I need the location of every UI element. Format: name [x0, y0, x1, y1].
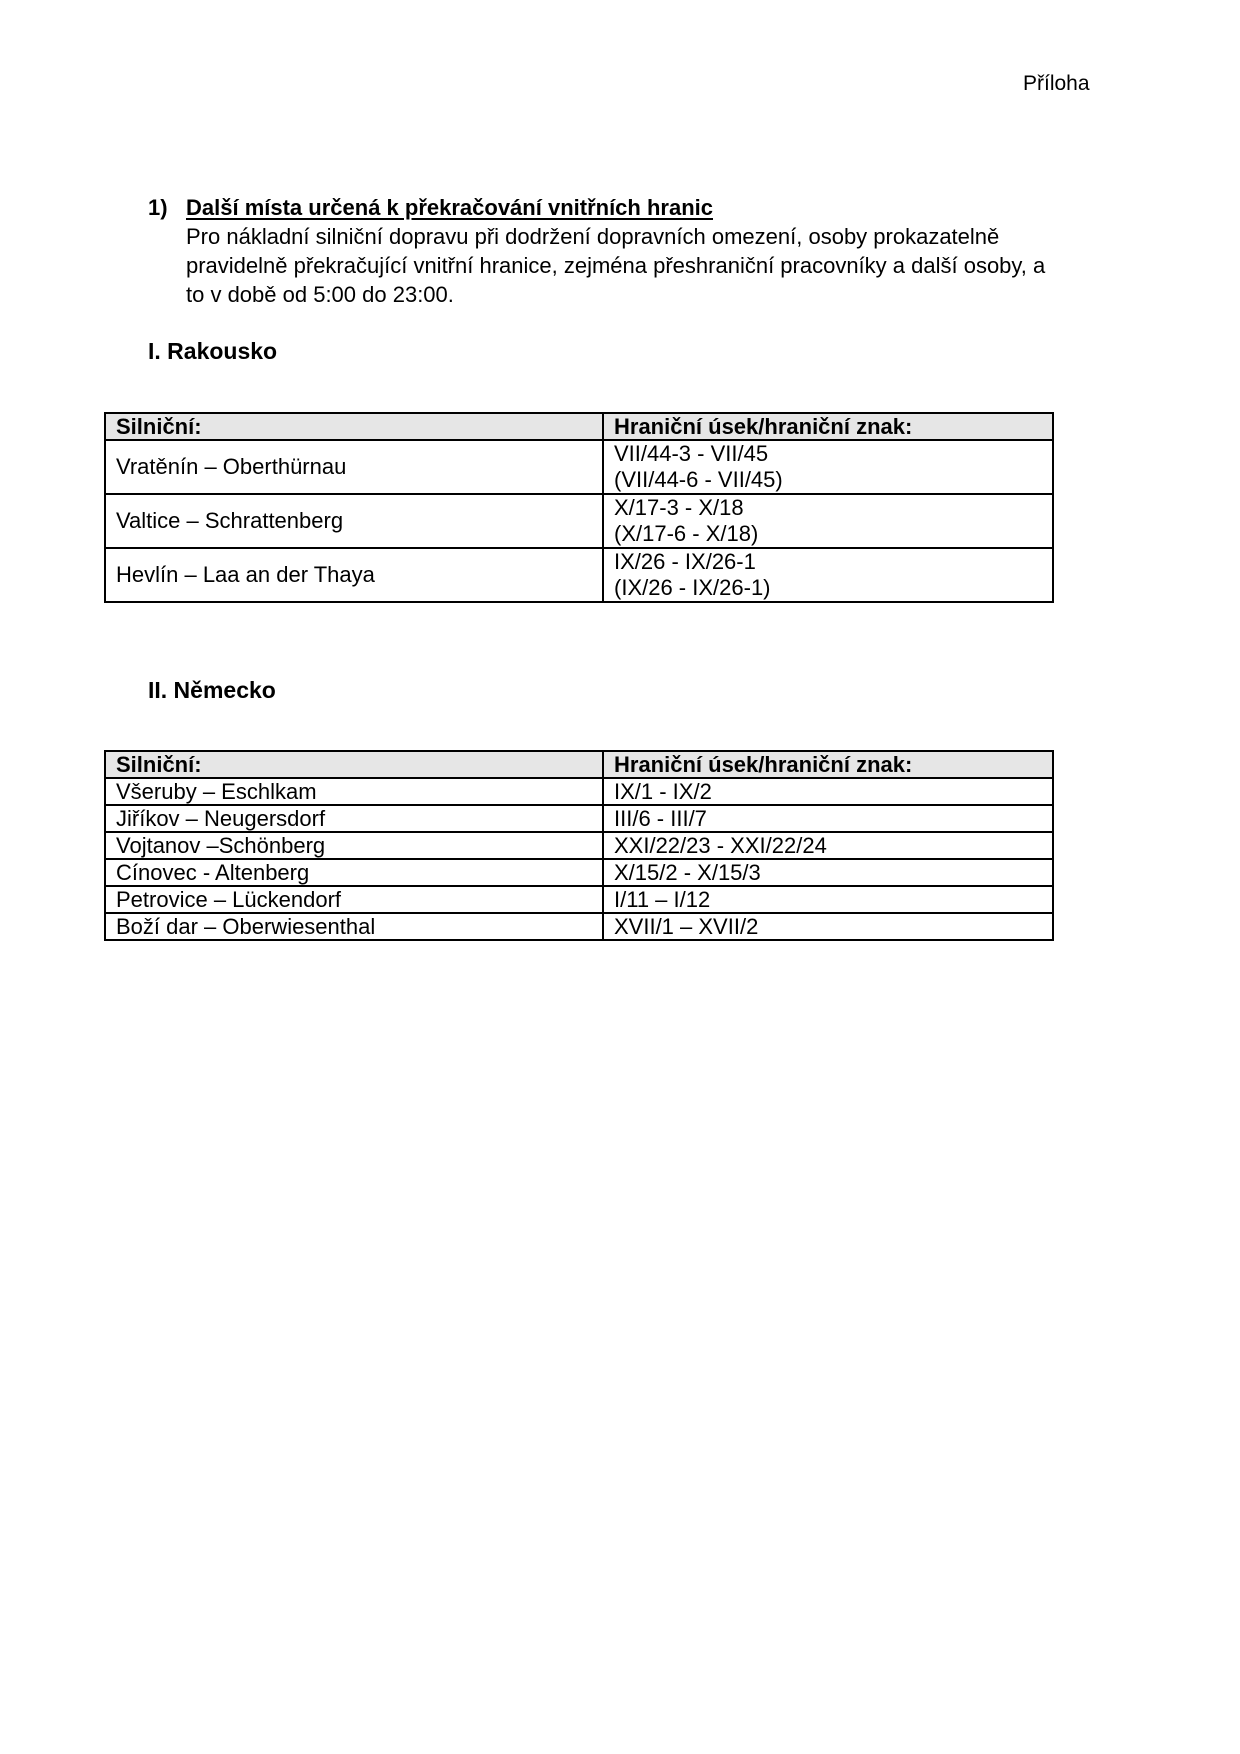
road-cell: Vojtanov –Schönberg	[105, 832, 603, 859]
sign-cell: XXI/22/23 - XXI/22/24	[603, 832, 1053, 859]
table-row: Jiříkov – Neugersdorf III/6 - III/7	[105, 805, 1053, 832]
sign-cell: III/6 - III/7	[603, 805, 1053, 832]
section-description: Pro nákladní silniční dopravu při dodrže…	[186, 222, 1048, 309]
column-header-sign: Hraniční úsek/hraniční znak:	[603, 413, 1053, 440]
road-cell: Všeruby – Eschlkam	[105, 778, 603, 805]
road-cell: Cínovec - Altenberg	[105, 859, 603, 886]
column-header-road: Silniční:	[105, 751, 603, 778]
road-cell: Jiříkov – Neugersdorf	[105, 805, 603, 832]
sign-cell: VII/44-3 - VII/45 (VII/44-6 - VII/45)	[603, 440, 1053, 494]
sign-line: VII/44-3 - VII/45	[614, 441, 1042, 467]
sign-cell: IX/26 - IX/26-1 (IX/26 - IX/26-1)	[603, 548, 1053, 602]
sign-cell: I/11 – I/12	[603, 886, 1053, 913]
sign-line: X/17-3 - X/18	[614, 495, 1042, 521]
table-row: Cínovec - Altenberg X/15/2 - X/15/3	[105, 859, 1053, 886]
table-row: Všeruby – Eschlkam IX/1 - IX/2	[105, 778, 1053, 805]
road-cell: Petrovice – Lückendorf	[105, 886, 603, 913]
section-number: 1)	[148, 193, 186, 222]
column-header-sign: Hraniční úsek/hraniční znak:	[603, 751, 1053, 778]
table-row: Petrovice – Lückendorf I/11 – I/12	[105, 886, 1053, 913]
road-cell: Vratěnín – Oberthürnau	[105, 440, 603, 494]
road-cell: Hevlín – Laa an der Thaya	[105, 548, 603, 602]
germany-heading: II. Německo	[148, 677, 276, 704]
section-heading: 1)Další místa určená k překračování vnit…	[148, 193, 1048, 309]
sign-line: IX/26 - IX/26-1	[614, 549, 1042, 575]
table-header-row: Silniční: Hraniční úsek/hraniční znak:	[105, 413, 1053, 440]
sign-cell: XVII/1 – XVII/2	[603, 913, 1053, 940]
table-header-row: Silniční: Hraniční úsek/hraniční znak:	[105, 751, 1053, 778]
sign-line: (VII/44-6 - VII/45)	[614, 467, 1042, 493]
table-row: Vratěnín – Oberthürnau VII/44-3 - VII/45…	[105, 440, 1053, 494]
road-cell: Valtice – Schrattenberg	[105, 494, 603, 548]
road-cell: Boží dar – Oberwiesenthal	[105, 913, 603, 940]
column-header-road: Silniční:	[105, 413, 603, 440]
table-row: Boží dar – Oberwiesenthal XVII/1 – XVII/…	[105, 913, 1053, 940]
sign-cell: IX/1 - IX/2	[603, 778, 1053, 805]
table-row: Valtice – Schrattenberg X/17-3 - X/18 (X…	[105, 494, 1053, 548]
section-title: Další místa určená k překračování vnitřn…	[186, 195, 713, 220]
austria-heading: I. Rakousko	[148, 338, 277, 365]
sign-cell: X/17-3 - X/18 (X/17-6 - X/18)	[603, 494, 1053, 548]
sign-line: (X/17-6 - X/18)	[614, 521, 1042, 547]
table-row: Vojtanov –Schönberg XXI/22/23 - XXI/22/2…	[105, 832, 1053, 859]
attachment-label: Příloha	[1023, 72, 1090, 96]
table-row: Hevlín – Laa an der Thaya IX/26 - IX/26-…	[105, 548, 1053, 602]
sign-line: (IX/26 - IX/26-1)	[614, 575, 1042, 601]
sign-cell: X/15/2 - X/15/3	[603, 859, 1053, 886]
austria-crossings-table: Silniční: Hraniční úsek/hraniční znak: V…	[104, 412, 1054, 603]
germany-crossings-table: Silniční: Hraniční úsek/hraniční znak: V…	[104, 750, 1054, 941]
